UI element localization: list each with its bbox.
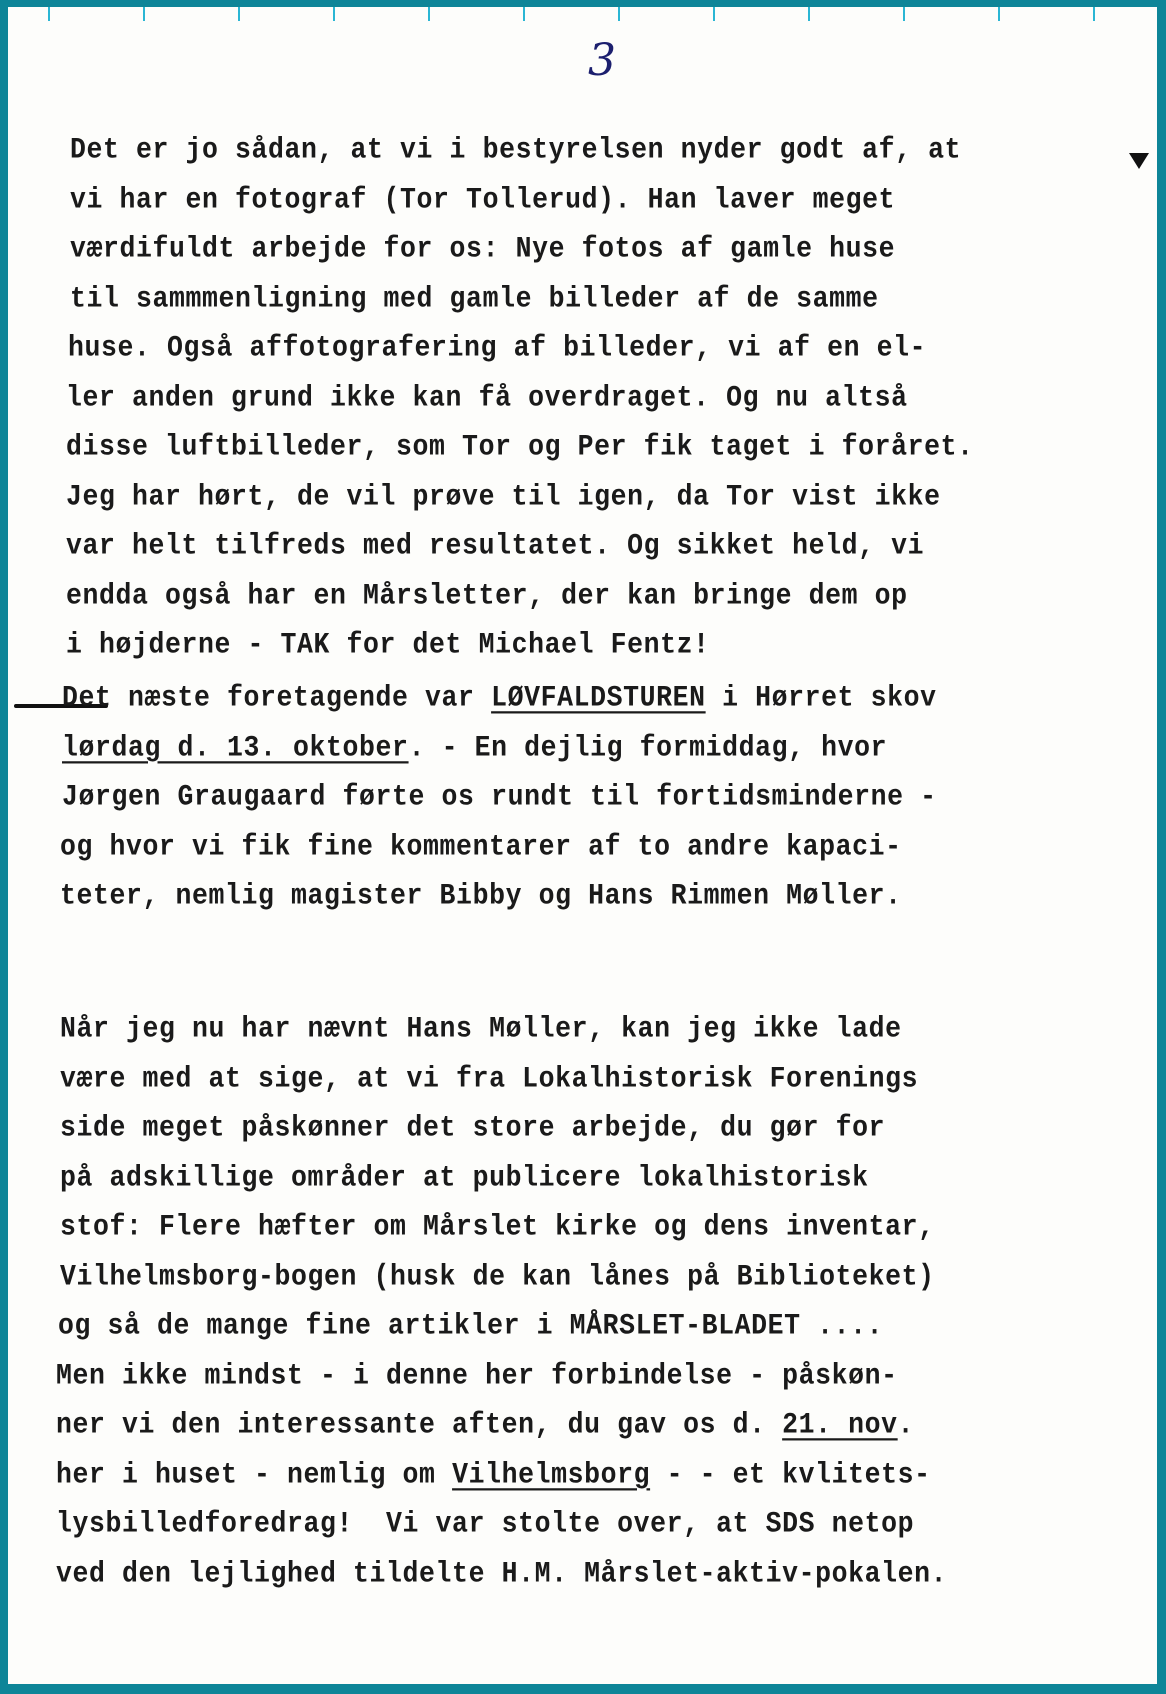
- text-line: i højderne - TAK for det Michael Fentz!: [66, 628, 710, 662]
- underlined-text: 21. nov: [782, 1408, 898, 1442]
- ruler-tick: [998, 7, 1000, 21]
- text-line: Jørgen Graugaard førte os rundt til fort…: [62, 780, 937, 814]
- text-line: og hvor vi fik fine kommentarer af to an…: [60, 830, 902, 864]
- text-line: Men ikke mindst - i denne her forbindels…: [56, 1359, 898, 1393]
- text-line: lørdag d. 13. oktober. - En dejlig formi…: [62, 731, 887, 765]
- underlined-text: LØVFALDSTUREN: [491, 681, 706, 715]
- ruler-tick: [808, 7, 810, 21]
- ruler-tick: [713, 7, 715, 21]
- text-line: disse luftbilleder, som Tor og Per fik t…: [66, 430, 974, 464]
- underlined-text: Vilhelmsborg: [452, 1458, 650, 1492]
- text-line: teter, nemlig magister Bibby og Hans Rim…: [60, 879, 902, 913]
- text-line: være med at sige, at vi fra Lokalhistori…: [60, 1062, 918, 1096]
- text-line: ved den lejlighed tildelte H.M. Mårslet-…: [56, 1557, 947, 1591]
- text-line: værdifuldt arbejde for os: Nye fotos af …: [70, 232, 895, 266]
- text-line: Når jeg nu har nævnt Hans Møller, kan je…: [60, 1012, 902, 1046]
- ruler-tick: [428, 7, 430, 21]
- text-line: ner vi den interessante aften, du gav os…: [56, 1408, 914, 1442]
- text-line: stof: Flere hæfter om Mårslet kirke og d…: [60, 1210, 935, 1244]
- text-line: var helt tilfreds med resultatet. Og sik…: [66, 529, 924, 563]
- ruler-tick: [48, 7, 50, 21]
- text-line: Det er jo sådan, at vi i bestyrelsen nyd…: [70, 133, 961, 167]
- scanned-page: 3 Det er jo sådan, at vi i bestyrelsen n…: [8, 7, 1157, 1684]
- text-line: ler anden grund ikke kan få overdraget. …: [66, 381, 908, 415]
- ruler-tick: [903, 7, 905, 21]
- text-line: side meget påskønner det store arbejde, …: [60, 1111, 885, 1145]
- text-line: på adskillige områder at publicere lokal…: [60, 1161, 869, 1195]
- ruler-tick: [238, 7, 240, 21]
- text-line: Vilhelmsborg-bogen (husk de kan lånes på…: [60, 1260, 935, 1294]
- text-line: huse. Også affotografering af billeder, …: [68, 331, 926, 365]
- ruler-tick: [143, 7, 145, 21]
- text-line: endda også har en Mårsletter, der kan br…: [66, 579, 908, 613]
- underlined-text: lørdag d. 13. oktober: [62, 731, 409, 765]
- page-number: 3: [588, 35, 616, 86]
- text-line: og så de mange fine artikler i MÅRSLET-B…: [58, 1309, 883, 1343]
- ruler-tick: [523, 7, 525, 21]
- margin-arrow-mark: [1129, 153, 1149, 169]
- ruler-tick: [618, 7, 620, 21]
- ruler-tick: [1093, 7, 1095, 21]
- text-line: Det næste foretagende var LØVFALDSTUREN …: [62, 681, 937, 715]
- ruler-tick: [333, 7, 335, 21]
- text-line: til sammmenligning med gamle billeder af…: [70, 282, 879, 316]
- text-line: lysbilledforedrag! Vi var stolte over, a…: [56, 1507, 914, 1541]
- text-line: vi har en fotograf (Tor Tollerud). Han l…: [70, 183, 895, 217]
- text-line: Jeg har hørt, de vil prøve til igen, da …: [66, 480, 941, 514]
- text-line: her i huset - nemlig om Vilhelmsborg - -…: [56, 1458, 931, 1492]
